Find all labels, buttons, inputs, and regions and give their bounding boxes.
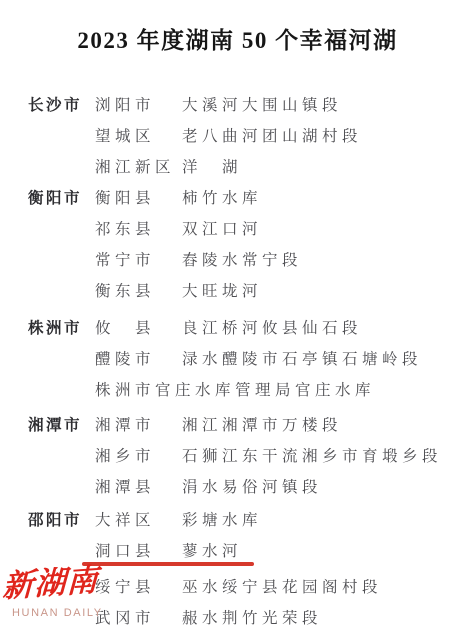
table-row: 湘潭市 湘潭市 湘江湘潭市万楼段	[28, 408, 469, 439]
hunan-daily-logo-subtitle: HUNAN DAILY	[12, 607, 112, 619]
county-cell: 湘潭市	[95, 413, 182, 435]
river-cell: 大旺垅河	[182, 279, 262, 301]
table-row: 湘潭县 涓水易俗河镇段	[28, 470, 469, 501]
river-lake-table: 长沙市 浏阳市 大溪河大围山镇段 望城区 老八曲河团山湖村段 湘江新区 洋 湖 …	[28, 88, 469, 632]
county-cell: 大祥区	[95, 508, 182, 530]
city-cell: 衡阳市	[28, 186, 95, 208]
table-row: 衡东县 大旺垅河	[28, 274, 469, 305]
river-cell: 巫水绥宁县花园阁村段	[182, 575, 382, 597]
river-cell: 柿竹水库	[182, 186, 262, 208]
river-cell: 石狮江东干流湘乡市育塅乡段	[182, 444, 442, 466]
county-cell: 洞口县	[95, 539, 182, 561]
table-row: 湘江新区 洋 湖	[28, 150, 469, 181]
river-cell: 双江口河	[182, 217, 262, 239]
table-row: 常宁市 舂陵水常宁段	[28, 243, 469, 274]
river-cell: 蓼水河	[182, 539, 242, 561]
county-cell: 衡阳县	[95, 186, 182, 208]
table-row: 长沙市 浏阳市 大溪河大围山镇段	[28, 88, 469, 119]
river-cell: 良江桥河攸县仙石段	[182, 316, 362, 338]
table-row: 衡阳市 衡阳县 柿竹水库	[28, 181, 469, 212]
table-row: 望城区 老八曲河团山湖村段	[28, 119, 469, 150]
city-cell: 湘潭市	[28, 413, 95, 435]
river-cell: 涓水易俗河镇段	[182, 475, 322, 497]
county-cell: 祁东县	[95, 217, 182, 239]
document-page: 2023 年度湖南 50 个幸福河湖 长沙市 浏阳市 大溪河大围山镇段 望城区 …	[0, 0, 475, 633]
county-cell: 望城区	[95, 124, 182, 146]
city-cell: 长沙市	[28, 93, 95, 115]
county-cell: 湘潭县	[95, 475, 182, 497]
city-cell: 邵阳市	[28, 508, 95, 530]
county-cell: 衡东县	[95, 279, 182, 301]
river-cell: 官庄水库	[295, 378, 375, 400]
county-cell: 醴陵市	[95, 347, 182, 369]
table-row: 祁东县 双江口河	[28, 212, 469, 243]
hunan-daily-watermark: 新湖南 HUNAN DAILY	[2, 568, 112, 619]
table-row: 湘乡市 石狮江东干流湘乡市育塅乡段	[28, 439, 469, 470]
table-row: 醴陵市 渌水醴陵市石亭镇石塘岭段	[28, 342, 469, 373]
county-cell: 株洲市官庄水库管理局	[95, 378, 295, 400]
river-cell: 彩塘水库	[182, 508, 262, 530]
river-cell: 大溪河大围山镇段	[182, 93, 342, 115]
page-title: 2023 年度湖南 50 个幸福河湖	[0, 0, 475, 55]
county-cell: 常宁市	[95, 248, 182, 270]
river-cell: 赧水荆竹光荣段	[182, 606, 322, 628]
river-cell: 洋 湖	[182, 155, 242, 177]
city-cell: 株洲市	[28, 316, 95, 338]
county-cell: 湘乡市	[95, 444, 182, 466]
county-cell: 攸 县	[95, 316, 182, 338]
hunan-daily-logo-text: 新湖南	[2, 560, 113, 605]
river-cell: 湘江湘潭市万楼段	[182, 413, 342, 435]
county-cell: 浏阳市	[95, 93, 182, 115]
table-row: 株洲市 攸 县 良江桥河攸县仙石段	[28, 311, 469, 342]
river-cell: 老八曲河团山湖村段	[182, 124, 362, 146]
river-cell: 舂陵水常宁段	[182, 248, 302, 270]
county-cell: 湘江新区	[95, 155, 182, 177]
table-row: 株洲市官庄水库管理局 官庄水库	[28, 373, 469, 404]
table-row: 邵阳市 大祥区 彩塘水库	[28, 503, 469, 534]
river-cell: 渌水醴陵市石亭镇石塘岭段	[182, 347, 422, 369]
table-row-highlighted: 洞口县 蓼水河	[28, 534, 469, 565]
